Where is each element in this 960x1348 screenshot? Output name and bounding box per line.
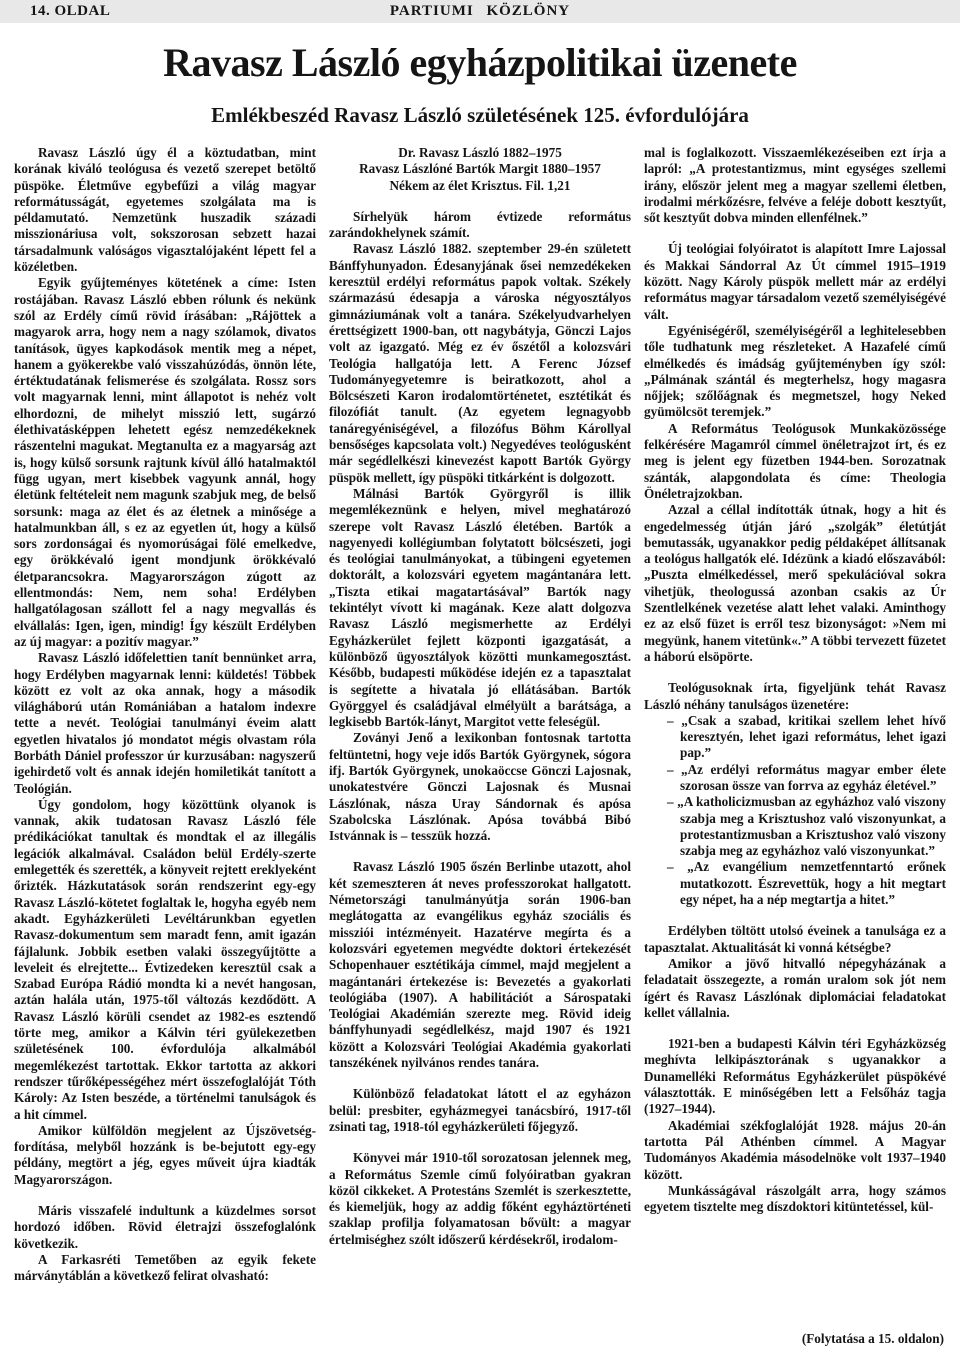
paragraph: Azzal a céllal indították útnak, hogy a …: [644, 502, 946, 665]
paragraph: Zoványi Jenő a lexikonban fontosnak tart…: [329, 730, 631, 844]
page-header: 14. OLDAL PARTIUMI KÖZLÖNY: [0, 0, 960, 23]
paragraph: Egyik gyűjteményes kötetének a címe: Ist…: [14, 275, 316, 650]
paragraph: Különböző feladatokat látott el az egyhá…: [329, 1086, 631, 1135]
epigraph-line: Dr. Ravasz László 1882–1975: [329, 145, 631, 161]
column-right: (Folytatása a 15. oldalon) mal is foglal…: [644, 145, 946, 1348]
bullet-item: – „Az erdélyi református magyar ember él…: [680, 762, 946, 795]
paragraph: Egyéniségéről, személyiségéről a leghite…: [644, 323, 946, 421]
paragraph: Teológusoknak írta, figyeljünk tehát Rav…: [644, 680, 946, 713]
paragraph: Málnási Bartók Györgyről is illik megeml…: [329, 486, 631, 730]
journal-title: PARTIUMI KÖZLÖNY: [0, 0, 960, 23]
article-subtitle: Emlékbeszéd Ravasz László születésének 1…: [0, 103, 960, 128]
epigraph-line: Ravasz Lászlóné Bartók Margit 1880–1957: [329, 161, 631, 177]
bullet-item: – „Az evangélium nemzetfenntartó erőnek …: [680, 859, 946, 908]
paragraph: A Református Teológusok Munkaközössége f…: [644, 421, 946, 502]
paragraph: Munkásságával rászolgált arra, hogy szám…: [644, 1183, 946, 1216]
paragraph: mal is foglalkozott. Visszaemlékezéseibe…: [644, 145, 946, 226]
column-left: Ravasz László úgy él a köztudatban, mint…: [14, 145, 316, 1348]
article-title: Ravasz László egyházpolitikai üzenete: [0, 39, 960, 86]
article-body: Ravasz László úgy él a köztudatban, mint…: [0, 145, 960, 1348]
newspaper-page: 14. OLDAL PARTIUMI KÖZLÖNY Ravasz László…: [0, 0, 960, 1348]
paragraph: Könyvei már 1910-től sorozatosan jelenne…: [329, 1150, 631, 1248]
paragraph: Máris visszafelé indultunk a küzdelmes s…: [14, 1203, 316, 1252]
paragraph: Sírhelyük három évtizede református zará…: [329, 209, 631, 242]
column-middle: Dr. Ravasz László 1882–1975Ravasz László…: [329, 145, 631, 1348]
continuation-note: (Folytatása a 15. oldalon): [802, 1331, 944, 1347]
paragraph: Erdélyben töltött utolsó éveinek a tanul…: [644, 923, 946, 956]
epigraph-line: Nékem az élet Krisztus. Fil. 1,21: [329, 178, 631, 194]
paragraph: Ravasz László időfelettien tanít bennünk…: [14, 650, 316, 797]
paragraph: Úgy gondolom, hogy közöttünk olyanok is …: [14, 797, 316, 1123]
paragraph: Ravasz László 1905 őszén Berlinbe utazot…: [329, 859, 631, 1071]
paragraph: Új teológiai folyóiratot is alapított Im…: [644, 241, 946, 322]
bullet-item: – „A katholicizmusban az egyházhoz való …: [680, 794, 946, 859]
paragraph: Amikor a jövő hitvalló népegyházának a f…: [644, 956, 946, 1021]
paragraph: Ravasz László 1882. szeptember 29-én szü…: [329, 241, 631, 485]
paragraph: Amikor külföldön megjelent az Újszövetsé…: [14, 1123, 316, 1188]
paragraph: 1921-ben a budapesti Kálvin téri Egyházk…: [644, 1036, 946, 1117]
bullet-item: – „Csak a szabad, kritikai szellem lehet…: [680, 713, 946, 762]
paragraph: Akadémiai székfoglalóját 1928. május 20-…: [644, 1118, 946, 1183]
paragraph: Ravasz László úgy él a köztudatban, mint…: [14, 145, 316, 275]
paragraph: A Farkasréti Temetőben az egyik fekete m…: [14, 1252, 316, 1285]
